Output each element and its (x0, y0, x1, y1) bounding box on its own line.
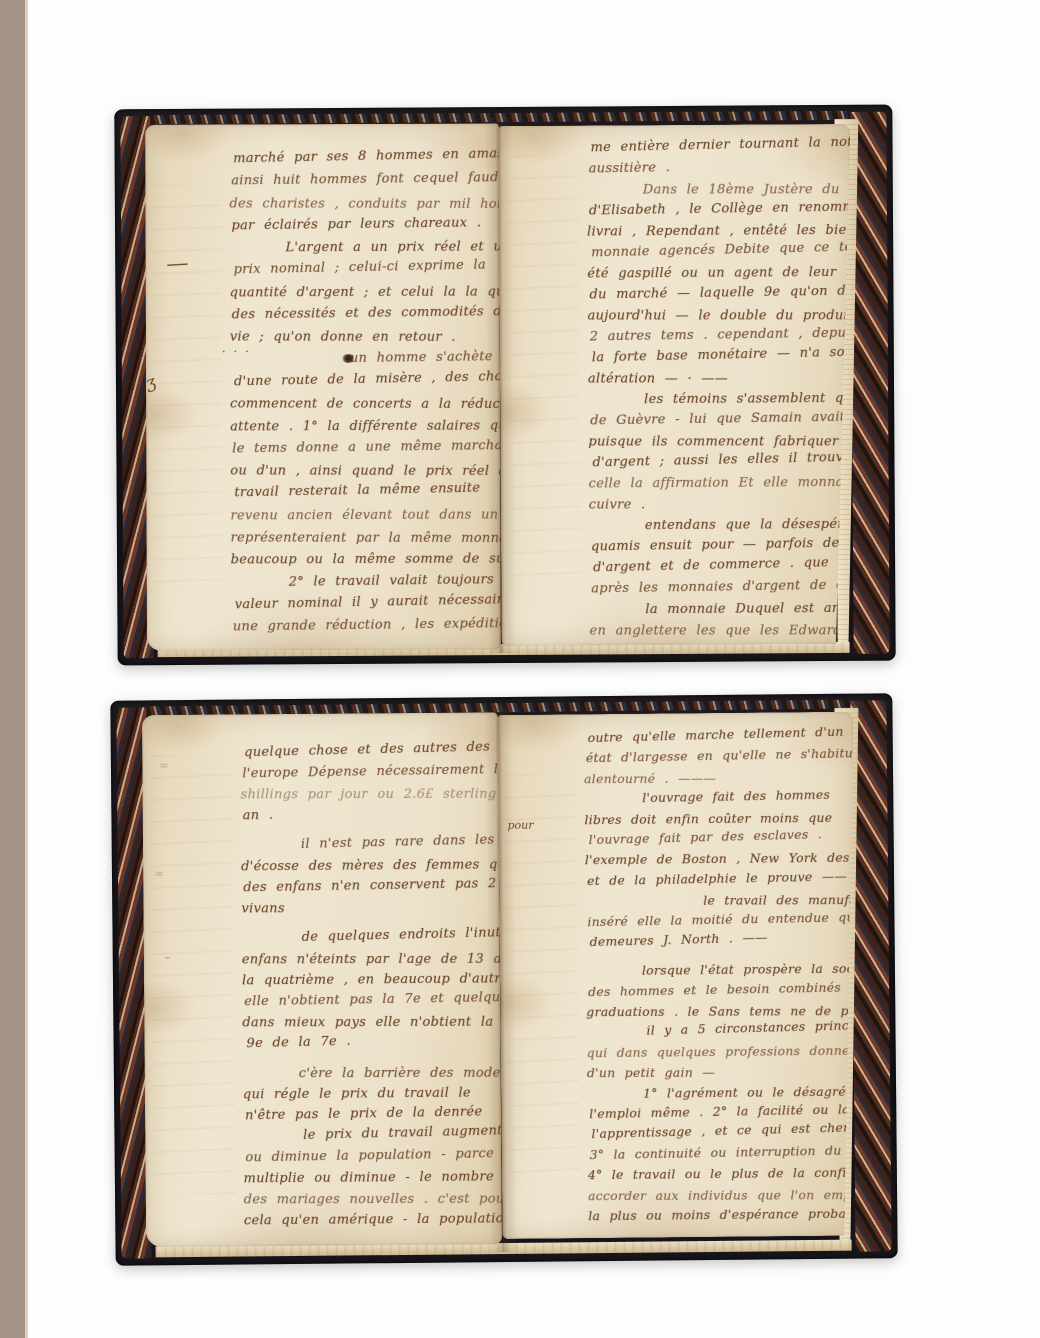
handwritten-line (243, 1052, 499, 1063)
handwritten-line: ainsi huit hommes font cequel faudrait (231, 167, 497, 193)
marbled-edge-top-icon (150, 111, 848, 124)
margin-ink-dash: — (164, 256, 190, 271)
handwritten-line: beaucoup ou la même somme de subsist . (231, 549, 497, 572)
margin-ink-dots: · · · (222, 345, 251, 359)
handwritten-line: après les monnaies d'argent de cuivre . … (591, 575, 853, 600)
handwritten-line: représenteraient par la même monnaie (231, 527, 497, 550)
ink-showthrough (504, 774, 580, 1175)
handwritten-line: une grande réduction , les expédition (233, 613, 499, 639)
handwritten-line: 3° la continuité ou interruption du trav… (590, 1140, 858, 1165)
handwritten-line: d'une route de la misère , des choses (234, 366, 500, 393)
handwritten-line: du marché — laquelle 9e qu'on doit ce fa… (589, 281, 851, 306)
manuscript-page-top-left: marché par ses 8 hommes en amassent ,ain… (145, 123, 501, 650)
handwriting-block: marché par ses 8 hommes en amassent ,ain… (229, 148, 497, 639)
manuscript-volume-bottom: quelque chose et des autres des débits d… (110, 693, 897, 1265)
handwritten-line: marché par ses 8 hommes en amassent , (233, 143, 499, 170)
handwritten-line: celle la affirmation Et elle monnaie de (589, 472, 851, 495)
handwritten-line: accorder aux individus que l'on emploie … (588, 1185, 856, 1207)
handwritten-line: enfans n'éteints par l'age de 13 ans (242, 949, 498, 971)
manuscript-page-bottom-right: outre qu'elle marche tellement d'un cert… (497, 712, 858, 1239)
handwritten-line: la forte base monétaire — n'a souffert a… (592, 342, 854, 369)
handwritten-line: d'un petit gain — (587, 1062, 855, 1084)
handwritten-line: c'ère la barrière des modes d'humeur (243, 1063, 499, 1085)
handwritten-line: des mariages nouvelles . c'est pour - (244, 1189, 500, 1211)
handwritten-line: monnaie agencés Debite que ce tems Jusqu… (591, 237, 853, 264)
handwritten-line: an . (243, 801, 499, 826)
ink-showthrough (507, 156, 582, 586)
handwritten-line: la plus ou moins d'espérance probable du… (588, 1204, 856, 1227)
handwritten-line: aussitière . (589, 155, 851, 180)
manuscript-page-top-right: me entière dernier tournant la note itin… (498, 124, 853, 646)
ink-showthrough (151, 184, 222, 584)
handwritten-line: cuivre . (589, 494, 851, 515)
handwritten-line: le tems donne a une même marchandises (232, 435, 498, 461)
handwritten-line: des nécessités et des commodités de la (232, 301, 498, 327)
ink-blot (342, 354, 355, 363)
handwritten-line: d'Elisabeth , le Collège en renomme dans… (589, 197, 851, 222)
handwritten-line: 4° le travail ou le plus de la confiance… (588, 1163, 856, 1186)
handwritten-line: multiplie ou diminue - le nombre - (243, 1166, 499, 1189)
margin-ink-dash: – (165, 950, 171, 964)
handwritten-line: valeur nominal il y aurait nécessaire- (235, 589, 501, 616)
handwritten-line: des enfans n'en conservent pas 2 (243, 873, 499, 898)
handwritten-line: l'europe Dépense nécessairement les (242, 759, 498, 784)
handwritten-line: commencent de concerts a la réduction de (230, 394, 496, 417)
handwritten-line: l'ouvrage fait des hommes (586, 784, 854, 809)
margin-pencil-scribble: ≈ (159, 758, 169, 772)
handwritten-line: en anglettere les que les Edwards l'une … (589, 620, 851, 641)
left-margin-bar (0, 0, 28, 1338)
handwritten-line: ou diminue la population - parce qu'il (245, 1143, 501, 1168)
handwritten-line: et de la philadelphie le prouve —— (587, 866, 855, 891)
handwriting-block: outre qu'elle marche tellement d'un cert… (584, 726, 857, 1227)
handwritten-line: la monnaie Duquel est ancien (589, 598, 851, 621)
handwritten-line: par éclairés par leurs chareaux . (231, 212, 497, 238)
margin-note-pour: pour (507, 819, 533, 832)
handwritten-line: travail resterait la même ensuite (234, 478, 500, 505)
handwritten-line: état d'largesse en qu'elle ne s'habituer… (586, 744, 854, 769)
handwritten-line: prix nominal ; celui-ci exprime la (233, 255, 499, 282)
ink-showthrough (150, 754, 235, 1195)
handwriting-block: quelque chose et des autres des débits d… (240, 740, 500, 1231)
handwritten-line: elle n'obtient pas la 7e et quelque (244, 987, 500, 1012)
margin-pencil-scribble: ≈ (154, 866, 164, 880)
catalog-photo-page: marché par ses 8 hommes en amassent ,ain… (0, 0, 1040, 1338)
handwritten-line: altération — · —— (588, 368, 850, 389)
manuscript-volume-top: marché par ses 8 hommes en amassent ,ain… (114, 105, 895, 666)
handwriting-block: me entière dernier tournant la note itin… (586, 136, 851, 642)
handwritten-line: cela qu'en amérique - la population (244, 1208, 500, 1231)
handwritten-line: des hommes et le besoin combinés de l'ét… (588, 977, 856, 1002)
handwritten-line: revenu ancien élevant tout dans un (230, 504, 496, 527)
handwritten-line: qui dans quelques professions donnent li… (587, 1040, 855, 1063)
manuscript-page-bottom-left: quelque chose et des autres des débits d… (142, 712, 502, 1247)
handwritten-line: de Guèvre - lui que Samain avait la gain… (590, 407, 852, 432)
handwritten-line: d'argent ; aussi les elles il trouve de (592, 447, 853, 474)
